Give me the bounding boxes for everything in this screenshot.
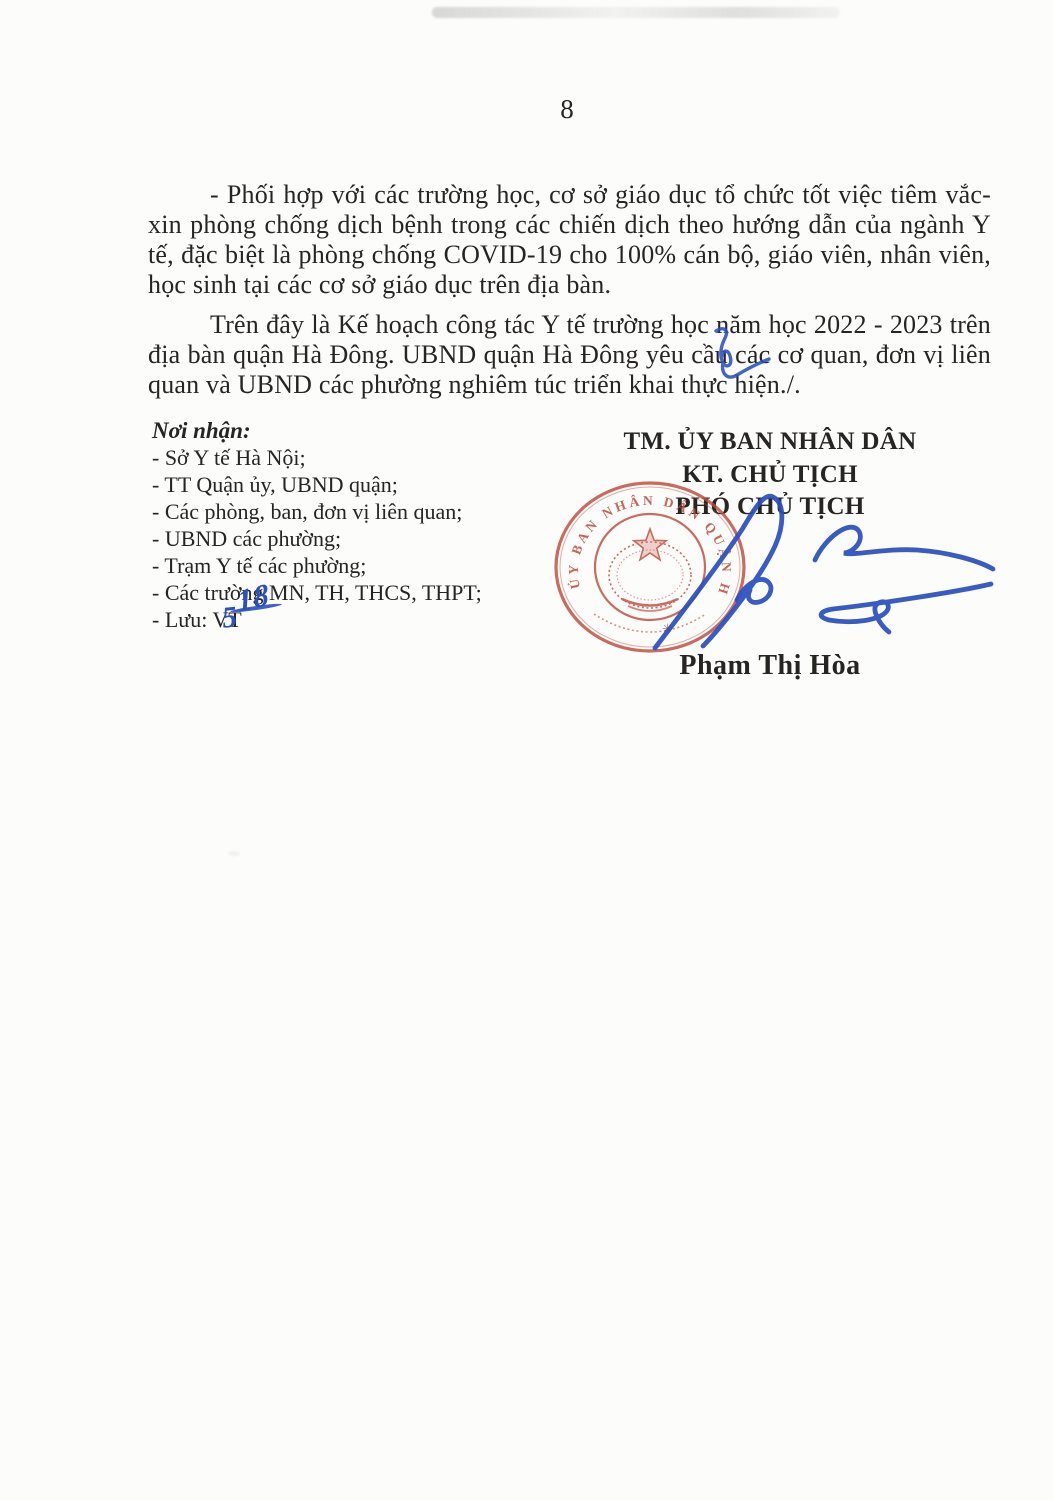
recipient-item: - Lưu: VT [152, 606, 572, 633]
signature-org-line: TM. ỦY BAN NHÂN DÂN [545, 426, 995, 459]
paraph-icon [700, 324, 774, 386]
recipient-item: - Các phòng, ban, đơn vị liên quan; [152, 498, 572, 525]
body-paragraph: Trên đây là Kế hoạch công tác Y tế trườn… [148, 310, 991, 400]
recipients-title: Nơi nhận: [152, 417, 572, 444]
recipient-item: - Sở Y tế Hà Nội; [152, 444, 572, 471]
signature-stroke-curl-sweep [815, 527, 993, 569]
recipient-item: - Trạm Y tế các phường; [152, 552, 572, 579]
signer-name: Phạm Thị Hòa [545, 650, 995, 682]
scan-smudge [432, 7, 840, 18]
document-page: 8 - Phối hợp với các trường học, cơ sở g… [0, 0, 1053, 1500]
signature-scribble [637, 478, 1007, 656]
recipient-item: - TT Quận ủy, UBND quận; [152, 471, 572, 498]
scan-speckle [228, 851, 240, 856]
recipient-item: - UBND các phường; [152, 525, 572, 552]
signature-stroke-underline [821, 584, 991, 632]
recipient-item: - Các trường MN, TH, THCS, THPT; [152, 579, 572, 606]
signature-stroke-main [655, 496, 782, 648]
page-number: 8 [552, 94, 582, 125]
recipients-block: Nơi nhận: - Sở Y tế Hà Nội; - TT Quận ủy… [152, 417, 572, 633]
body-paragraph: - Phối hợp với các trường học, cơ sở giá… [148, 180, 991, 300]
